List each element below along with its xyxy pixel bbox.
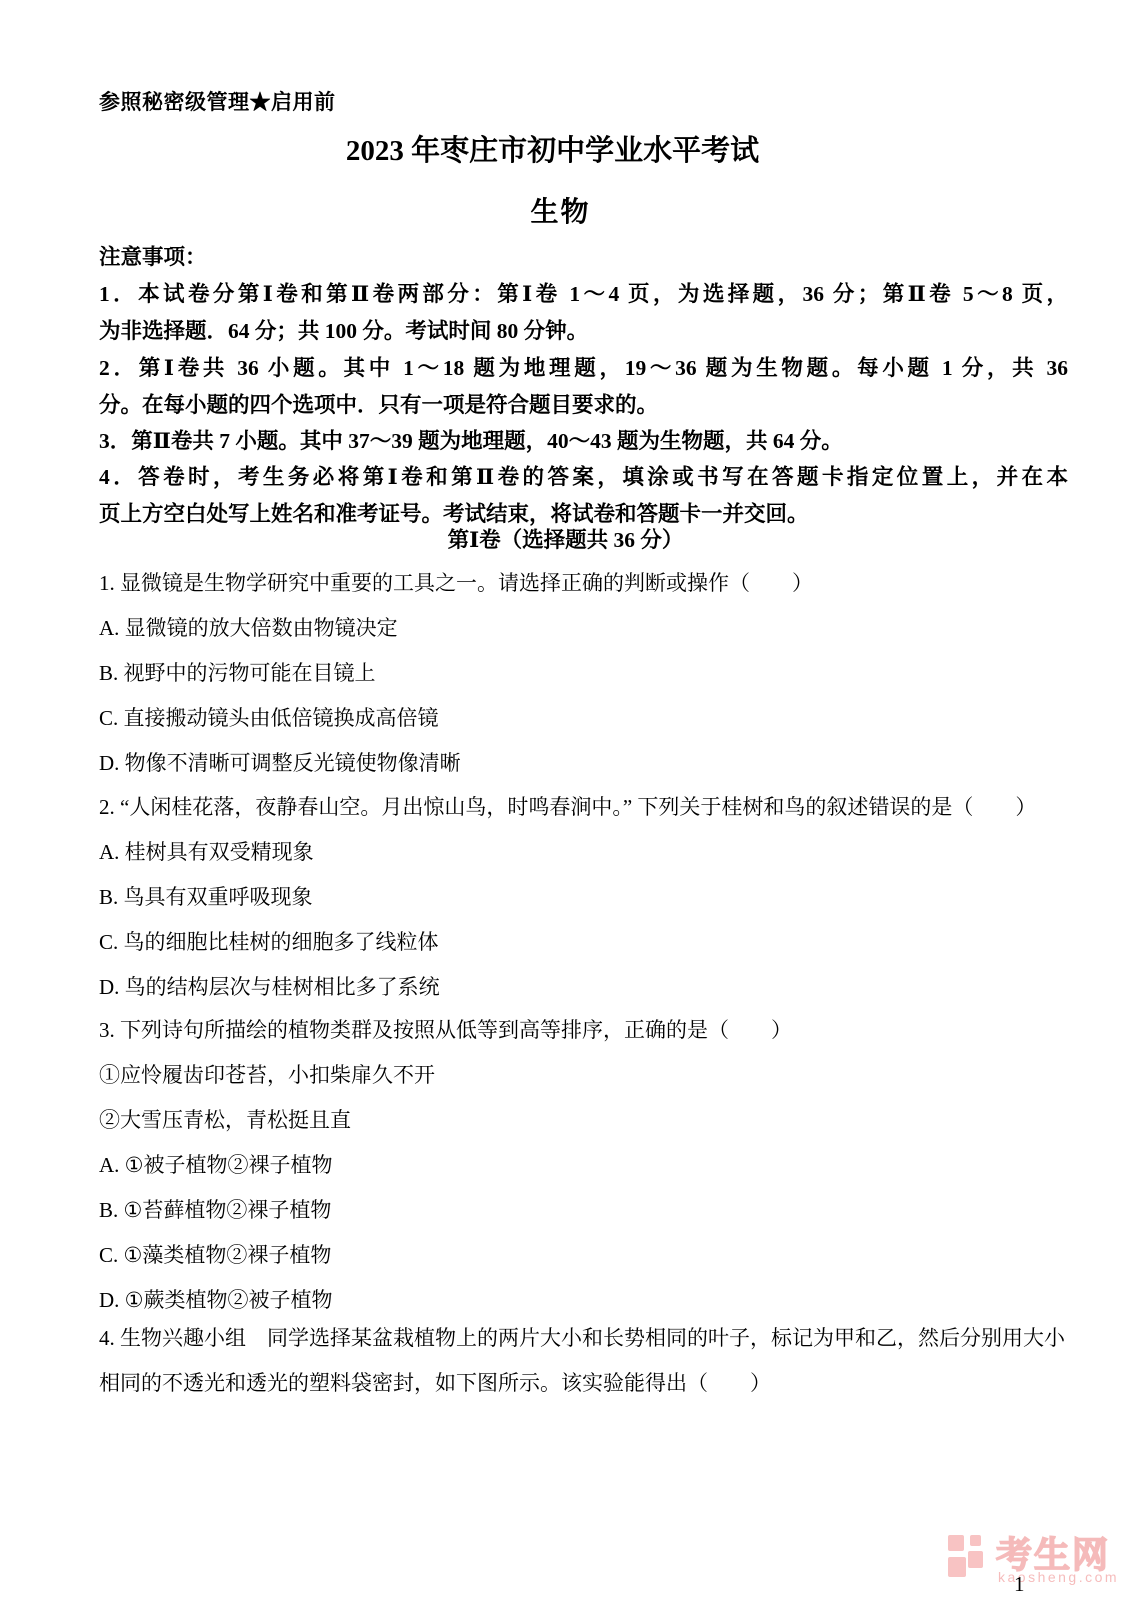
notice-item-4: 4．答卷时，考生务必将第Ⅰ卷和第Ⅱ卷的答案，填涂或书写在答题卡指定位置上，并在本… — [99, 459, 1068, 533]
notice-item-2-line-1: 2．第Ⅰ卷共 36 小题。其中 1～18 题为地理题，19～36 题为生物题。每… — [99, 350, 1068, 387]
notice-item-3-line-1: 3．第Ⅱ卷共 7 小题。其中 37～39 题为地理题，40～43 题为生物题，共… — [99, 423, 1068, 460]
question-4: 4. 生物兴趣小组 同学选择某盆栽植物上的两片大小和长势相同的叶子，标记为甲和乙… — [99, 1316, 1068, 1406]
question-3: 3. 下列诗句所描绘的植物类群及按照从低等到高等排序，正确的是（ ） ①应怜履齿… — [99, 1008, 1068, 1323]
question-2-option-a: A. 桂树具有双受精现象 — [99, 830, 1068, 875]
question-4-stem-line-2: 相同的不透光和透光的塑料袋密封，如下图所示。该实验能得出（ ） — [99, 1361, 1068, 1406]
question-3-option-b: B. ①苔藓植物②裸子植物 — [99, 1188, 1068, 1233]
kaosheng-watermark: 考生网 kaosheng.com — [946, 1531, 1121, 1587]
question-2-stem: 2. “人闲桂花落，夜静春山空。月出惊山鸟，时鸣春涧中。” 下列关于桂树和鸟的叙… — [99, 785, 1068, 830]
question-4-stem-line-1: 4. 生物兴趣小组 同学选择某盆栽植物上的两片大小和长势相同的叶子，标记为甲和乙… — [99, 1316, 1068, 1361]
question-3-option-c: C. ①藻类植物②裸子植物 — [99, 1233, 1068, 1278]
kaosheng-logo-icon — [946, 1531, 988, 1581]
question-3-poem-1: ①应怜履齿印苍苔，小扣柴扉久不开 — [99, 1053, 1068, 1098]
exam-title: 2023 年枣庄市初中学业水平考试 — [0, 128, 1105, 169]
question-2-option-b: B. 鸟具有双重呼吸现象 — [99, 875, 1068, 920]
question-2-option-c: C. 鸟的细胞比桂树的细胞多了线粒体 — [99, 920, 1068, 965]
notice-item-4-line-1: 4．答卷时，考生务必将第Ⅰ卷和第Ⅱ卷的答案，填涂或书写在答题卡指定位置上，并在本 — [99, 459, 1068, 496]
page-number: 1 — [1014, 1572, 1025, 1597]
notice-item-1-line-2: 为非选择题．64 分；共 100 分。考试时间 80 分钟。 — [99, 313, 1068, 350]
notices-heading: 注意事项： — [99, 240, 207, 271]
notice-item-2: 2．第Ⅰ卷共 36 小题。其中 1～18 题为地理题，19～36 题为生物题。每… — [99, 350, 1068, 424]
question-3-stem: 3. 下列诗句所描绘的植物类群及按照从低等到高等排序，正确的是（ ） — [99, 1008, 1068, 1053]
notice-item-3: 3．第Ⅱ卷共 7 小题。其中 37～39 题为地理题，40～43 题为生物题，共… — [99, 423, 1068, 460]
question-1-option-b: B. 视野中的污物可能在目镜上 — [99, 651, 1068, 696]
question-1-option-a: A. 显微镜的放大倍数由物镜决定 — [99, 606, 1068, 651]
question-2-option-d: D. 鸟的结构层次与桂树相比多了系统 — [99, 965, 1068, 1010]
question-1-option-c: C. 直接搬动镜头由低倍镜换成高倍镜 — [99, 696, 1068, 741]
question-3-option-a: A. ①被子植物②裸子植物 — [99, 1143, 1068, 1188]
question-1: 1. 显微镜是生物学研究中重要的工具之一。请选择正确的判断或操作（ ） A. 显… — [99, 561, 1068, 786]
notice-item-1-line-1: 1．本试卷分第Ⅰ卷和第Ⅱ卷两部分：第Ⅰ卷 1～4 页，为选择题，36 分；第Ⅱ卷… — [99, 276, 1068, 313]
question-1-option-d: D. 物像不清晰可调整反光镜使物像清晰 — [99, 741, 1068, 786]
classification-notice: 参照秘密级管理★启用前 — [99, 86, 336, 116]
question-1-stem: 1. 显微镜是生物学研究中重要的工具之一。请选择正确的判断或操作（ ） — [99, 561, 1068, 606]
exam-subject: 生物 — [0, 190, 1121, 230]
question-3-poem-2: ②大雪压青松，青松挺且直 — [99, 1098, 1068, 1143]
notice-item-1: 1．本试卷分第Ⅰ卷和第Ⅱ卷两部分：第Ⅰ卷 1～4 页，为选择题，36 分；第Ⅱ卷… — [99, 276, 1068, 350]
section1-heading: 第Ⅰ卷（选择题共 36 分） — [0, 523, 1131, 554]
exam-page: 参照秘密级管理★启用前 2023 年枣庄市初中学业水平考试 生物 注意事项： 1… — [0, 0, 1131, 1600]
question-2: 2. “人闲桂花落，夜静春山空。月出惊山鸟，时鸣春涧中。” 下列关于桂树和鸟的叙… — [99, 785, 1068, 1010]
notice-item-2-line-2: 分。在每小题的四个选项中．只有一项是符合题目要求的。 — [99, 387, 1068, 424]
